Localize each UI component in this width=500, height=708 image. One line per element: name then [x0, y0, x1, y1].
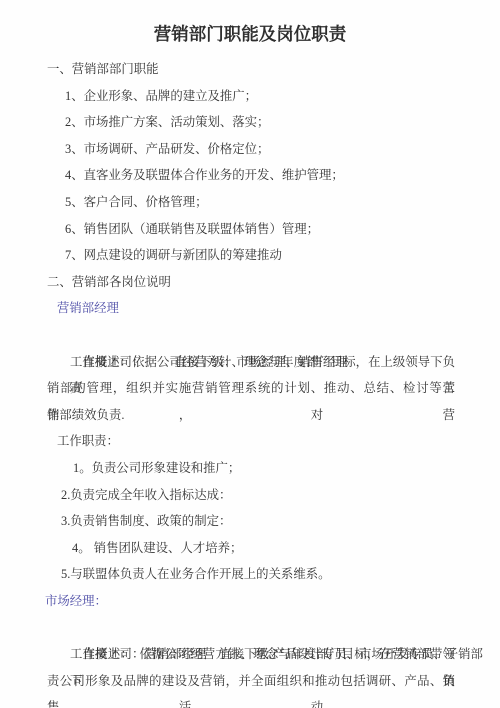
- market-manager-overview-line-1: 工作概述： 依据公司经营方针、理念与年度部门目标，在营销部带领下负: [70, 641, 455, 668]
- function-item-5: 5、客户合同、价格管理；: [65, 189, 500, 216]
- function-item-4: 4、直客业务及联盟体合作业务的开发、维护管理；: [65, 162, 500, 189]
- function-item-2: 2、市场推广方案、活动策划、落实；: [65, 109, 500, 136]
- function-item-3: 3、市场调研、产品研发、价格定位；: [65, 136, 500, 163]
- manager-duty-4: 4。 销售团队建设、人才培养；: [72, 535, 500, 562]
- market-manager-reporting-line: 直接上司：营销部经理直接下级:产品设计专员、市场开发专员、子销部: [70, 614, 500, 641]
- manager-duty-5: 5.与联盟体负责人在业务合作开展上的关系维系。: [61, 561, 500, 588]
- marketing-dept-manager-title: 营销部经理: [57, 295, 500, 322]
- function-item-7: 7、网点建设的调研与新团队的筹建推动: [65, 242, 500, 269]
- manager-overview-line-2: 销部的管理，组织并实施营销管理系统的计划、推动、总结、检讨等工作，对营: [47, 375, 455, 402]
- marketing-dept-manager-reporting-line: 直接上司：直接下级：市场经理、销售经理: [70, 322, 500, 349]
- manager-duty-2: 2.负责完成全年收入指标达成：: [61, 482, 500, 509]
- functions-section-heading: 一、营销部部门职能: [47, 56, 500, 83]
- document-title: 营销部门职能及岗位职责: [0, 0, 500, 48]
- function-item-6: 6、销售团队（通联销售及联盟体销售）管理；: [65, 216, 500, 243]
- market-manager-overview-line-2: 责公司形象及品牌的建设及营销，并全面组织和推动包括调研、产品、销售活动、: [47, 668, 455, 695]
- manager-duty-1: 1。负责公司形象建设和推广；: [73, 455, 500, 482]
- document-page: 营销部门职能及岗位职责 一、营销部部门职能 1、企业形象、品牌的建立及推广； 2…: [0, 0, 500, 708]
- market-manager-title: 市场经理：: [45, 588, 500, 615]
- manager-duties-label: 工作职责：: [57, 428, 500, 455]
- function-item-1: 1、企业形象、品牌的建立及推广；: [65, 83, 500, 110]
- manager-overview-line-1: 工作概述：依据公司经营方针、理念与年度部门目标，在上级领导下负责营: [70, 349, 455, 376]
- manager-duty-3: 3.负责销售制度、政策的制定：: [61, 508, 500, 535]
- positions-section-heading: 二、营销部各岗位说明: [47, 269, 500, 296]
